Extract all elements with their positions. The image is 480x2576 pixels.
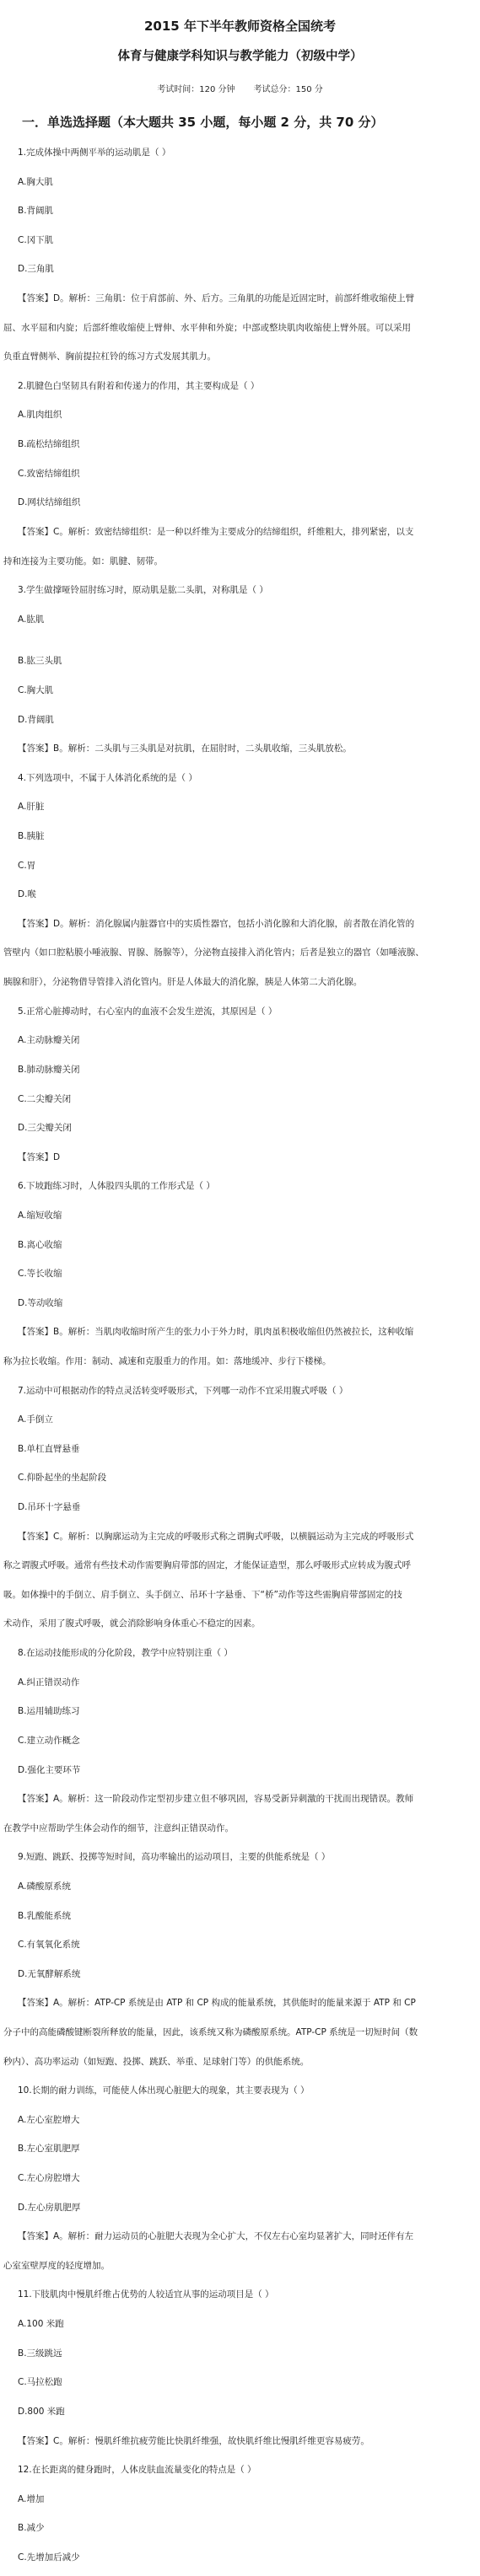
- question-text: 11.下肢肌肉中慢肌纤维占优势的人较适宜从事的运动项目是（ ）: [0, 2287, 480, 2316]
- question-text: 6.下坡跑练习时，人体股四头肌的工作形式是（ ）: [0, 1178, 480, 1208]
- option-text: B.肱三头肌: [0, 653, 480, 683]
- option-text: D.三尖瓣关闭: [0, 1120, 480, 1150]
- explanation-continuation: 术动作，采用了腹式呼吸，就会消除影响身体重心不稳定的因素。: [0, 1616, 480, 1645]
- option-text: A.手倒立: [0, 1412, 480, 1441]
- question-text: 1.完成体操中两侧平举的运动肌是（ ）: [0, 145, 480, 174]
- question-text: 5.正常心脏搏动时，右心室内的血液不会发生逆流，其原因是（ ）: [0, 1004, 480, 1033]
- option-text: D.三角肌: [0, 261, 480, 291]
- option-text: B.单杠直臂悬垂: [0, 1441, 480, 1471]
- option-text: B.运用辅助练习: [0, 1704, 480, 1733]
- explanation-continuation: 吸。如体操中的手倒立、肩手倒立、头手倒立、吊环十字悬垂、下“桥”动作等这些需胸肩…: [0, 1587, 480, 1617]
- explanation-continuation: 分子中的高能磷酸键断裂所释放的能量，因此，该系统又称为磷酸原系统。ATP-CP …: [0, 2025, 480, 2054]
- answer-explanation: 【答案】A。解析：这一阶段动作定型初步建立但不够巩固，容易受新异刺激的干扰而出现…: [0, 1791, 480, 1821]
- answer-explanation: 【答案】D。解析：消化腺属内脏器官中的实质性器官，包括小消化腺和大消化腺，前者散…: [0, 916, 480, 946]
- option-text: B.三级跳远: [0, 2346, 480, 2375]
- option-text: A.纠正错误动作: [0, 1675, 480, 1704]
- option-text: A.主动脉瓣关闭: [0, 1033, 480, 1062]
- question-list: 1.完成体操中两侧平举的运动肌是（ ）A.胸大肌B.背阔肌C.冈下肌D.三角肌【…: [0, 145, 480, 2576]
- answer-explanation: 【答案】C。解析：以胸廓运动为主完成的呼吸形式称之谓胸式呼吸，以横膈运动为主完成…: [0, 1529, 480, 1559]
- option-text: C.冈下肌: [0, 233, 480, 262]
- option-text: D.无氧酵解系统: [0, 1967, 480, 1996]
- explanation-continuation: 屈、水平屈和内旋；后部纤维收缩使上臂伸、水平伸和外旋；中部或整块肌肉收缩使上臂外…: [0, 320, 480, 350]
- option-text: C.先增加后减少: [0, 2550, 480, 2576]
- option-text: B.胰脏: [0, 829, 480, 858]
- option-text: B.肺动脉瓣关闭: [0, 1062, 480, 1092]
- option-text: C.马拉松跑: [0, 2375, 480, 2404]
- question-text: 12.在长距离的健身跑时，人体皮肤血流量变化的特点是（ ）: [0, 2462, 480, 2492]
- explanation-continuation: 持和连接为主要功能。如：肌腱、韧带。: [0, 554, 480, 583]
- option-text: D.网状结缔组织: [0, 495, 480, 524]
- document-title: 2015 年下半年教师资格全国统考: [0, 17, 480, 35]
- option-text: C.建立动作概念: [0, 1733, 480, 1763]
- option-text: B.乳酸能系统: [0, 1908, 480, 1938]
- option-text: B.减少: [0, 2520, 480, 2550]
- option-text: A.肱肌: [0, 612, 480, 641]
- option-text: D.背阔肌: [0, 712, 480, 742]
- answer-explanation: 【答案】D: [0, 1150, 480, 1179]
- option-text: A.磷酸原系统: [0, 1879, 480, 1908]
- option-text: C.左心房腔增大: [0, 2171, 480, 2200]
- explanation-continuation: 称为拉长收缩。作用：制动、减速和克服重力的作用。如：落地缓冲、步行下楼梯。: [0, 1354, 480, 1383]
- question-text: 10.长期的耐力训练，可能使人体出现心脏肥大的现象，其主要表现为（ ）: [0, 2083, 480, 2112]
- answer-explanation: 【答案】C。解析：致密结缔组织：是一种以纤维为主要成分的结缔组织，纤维粗大，排列…: [0, 524, 480, 554]
- option-text: D.强化主要环节: [0, 1763, 480, 1792]
- question-text: 9.短跑、跳跃、投掷等短时间，高功率输出的运动项目，主要的供能系统是（ ）: [0, 1849, 480, 1879]
- option-text: B.左心室肌肥厚: [0, 2141, 480, 2171]
- option-text: D.左心房肌肥厚: [0, 2200, 480, 2230]
- explanation-continuation: 在教学中应帮助学生体会动作的细节，注意纠正错误动作。: [0, 1821, 480, 1850]
- option-text: A.肌肉组织: [0, 407, 480, 437]
- option-text: A.缩短收缩: [0, 1208, 480, 1237]
- question-text: 7.运动中可根据动作的特点灵活转变呼吸形式，下列哪一动作不宜采用腹式呼吸（ ）: [0, 1383, 480, 1413]
- option-text: B.离心收缩: [0, 1237, 480, 1267]
- option-text: C.致密结缔组织: [0, 466, 480, 496]
- option-text: C.等长收缩: [0, 1266, 480, 1296]
- answer-explanation: 【答案】B。解析：当肌肉收缩时所产生的张力小于外力时，肌肉虽积极收缩但仍然被拉长…: [0, 1324, 480, 1354]
- option-text: B.背阔肌: [0, 203, 480, 233]
- explanation-continuation: 负重直臂侧举、胸前提拉杠铃的练习方式发展其肌力。: [0, 349, 480, 378]
- option-text: C.二尖瓣关闭: [0, 1092, 480, 1121]
- explanation-continuation: 胰腺和肝），分泌物借导管排入消化管内。肝是人体最大的消化腺，胰是人体第二大消化腺…: [0, 974, 480, 1004]
- option-text: D.800 米跑: [0, 2404, 480, 2434]
- option-text: C.有氧氧化系统: [0, 1937, 480, 1967]
- question-text: 3.学生做撑哑铃屈肘练习时，原动肌是肱二头肌，对称肌是（ ）: [0, 582, 480, 612]
- option-text: A.左心室腔增大: [0, 2112, 480, 2142]
- answer-explanation: 【答案】A。解析：耐力运动员的心脏肥大表现为全心扩大，不仅左右心室均显著扩大，同…: [0, 2229, 480, 2258]
- question-text: 2.肌腱色白坚韧具有附着和传递力的作用，其主要构成是（ ）: [0, 378, 480, 408]
- option-text: C.仰卧起坐的坐起阶段: [0, 1470, 480, 1500]
- option-text: D.等动收缩: [0, 1296, 480, 1325]
- exam-time: 考试时间：120 分钟: [157, 85, 235, 94]
- question-text: 8.在运动技能形成的分化阶段，教学中应特别注重（ ）: [0, 1645, 480, 1675]
- option-text: B.疏松结缔组织: [0, 437, 480, 466]
- explanation-continuation: 管壁内（如口腔粘膜小唾液腺、胃腺、肠腺等），分泌物直接排入消化管内；后者是独立的…: [0, 945, 480, 974]
- exam-info: 考试时间：120 分钟考试总分：150 分: [0, 82, 480, 94]
- section-heading: 一．单选选择题（本大题共 35 小题，每小题 2 分，共 70 分）: [22, 113, 384, 131]
- option-text: A.肝脏: [0, 799, 480, 829]
- option-text: A.增加: [0, 2492, 480, 2521]
- answer-explanation: 【答案】D。解析：三角肌：位于肩部前、外、后方。三角肌的功能是近固定时，前部纤维…: [0, 291, 480, 320]
- total-score: 考试总分：150 分: [254, 85, 323, 94]
- explanation-continuation: 心室室壁厚度的轻度增加。: [0, 2258, 480, 2288]
- option-text: D.吊环十字悬垂: [0, 1500, 480, 1529]
- explanation-continuation: 称之谓腹式呼吸。通常有些技术动作需要胸肩带部的固定，才能保证造型，那么呼吸形式应…: [0, 1558, 480, 1587]
- option-text: D.喉: [0, 887, 480, 916]
- answer-explanation: 【答案】C。解析：慢肌纤维抗疲劳能比快肌纤维强，故快肌纤维比慢肌纤维更容易疲劳。: [0, 2434, 480, 2463]
- exam-document: 2015 年下半年教师资格全国统考 体育与健康学科知识与教学能力（初级中学） 考…: [0, 0, 480, 2576]
- document-subtitle: 体育与健康学科知识与教学能力（初级中学）: [0, 46, 480, 64]
- explanation-continuation: 秒内）、高功率运动（如短跑、投掷、跳跃、举重、足球射门等）的供能系统。: [0, 2054, 480, 2084]
- option-text: A.胸大肌: [0, 174, 480, 204]
- option-text: C.胸大肌: [0, 683, 480, 712]
- question-text: 4.下列选项中，不属于人体消化系统的是（ ）: [0, 770, 480, 800]
- answer-explanation: 【答案】B。解析：二头肌与三头肌是对抗肌，在屈肘时，二头肌收缩，三头肌放松。: [0, 741, 480, 770]
- option-text: A.100 米跑: [0, 2316, 480, 2346]
- answer-explanation: 【答案】A。解析：ATP-CP 系统是由 ATP 和 CP 构成的能量系统，其供…: [0, 1995, 480, 2025]
- option-text: C.胃: [0, 858, 480, 888]
